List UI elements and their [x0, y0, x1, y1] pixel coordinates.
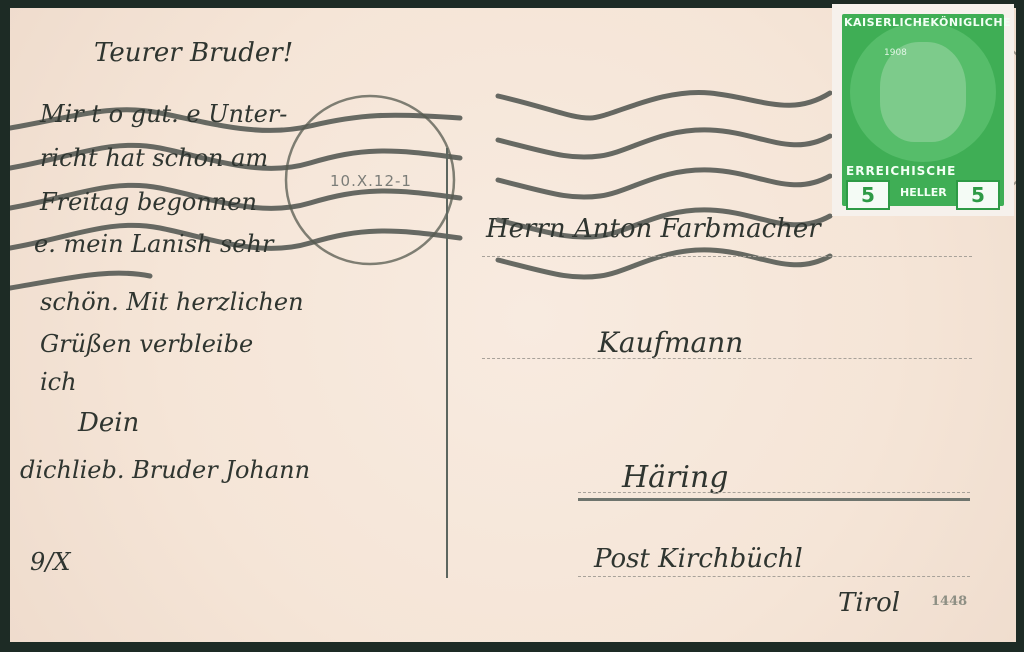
- stamp-top-text: KAISERLICHEKÖNIGLICHE: [844, 16, 1002, 29]
- stamp-value-left: 5: [846, 180, 890, 210]
- message-line: Freitag begonnen: [40, 188, 257, 216]
- message-line: richt hat schon am: [40, 144, 268, 172]
- postmark-date: 10.X.12-1: [330, 172, 412, 190]
- address-underline: [578, 498, 970, 501]
- message-line: schön. Mit herzlichen: [40, 288, 304, 316]
- stamp-year: 1908: [884, 48, 907, 58]
- address-line-3: [578, 492, 970, 493]
- stamp-face: KAISERLICHEKÖNIGLICHE 1908 ERREICHISCHE …: [842, 14, 1004, 206]
- date-note: 9/X: [30, 548, 70, 576]
- stamp-value-right: 5: [956, 180, 1000, 210]
- recipient-name: Herrn Anton Farbmacher: [486, 214, 821, 244]
- recipient-place: Häring: [622, 460, 729, 495]
- postcard: 10.X.12-1 Teurer Bruder! Mir t o gut. e …: [10, 8, 1016, 642]
- message-line: Mir t o gut. e Unter-: [40, 100, 287, 128]
- divider-line: [446, 148, 448, 578]
- address-line-4: [578, 576, 970, 577]
- postage-stamp: KAISERLICHEKÖNIGLICHE 1908 ERREICHISCHE …: [832, 4, 1014, 216]
- message-line: ich: [40, 368, 77, 396]
- recipient-region: Tirol: [838, 588, 900, 618]
- recipient-post: Post Kirchbüchl: [594, 544, 803, 574]
- recipient-occupation: Kaufmann: [598, 326, 743, 359]
- salutation: Teurer Bruder!: [94, 38, 293, 68]
- stamp-bottom-text: ERREICHISCHE: [846, 164, 956, 178]
- stamp-unit: HELLER: [900, 186, 947, 199]
- message-line: e. mein Lanish sehr: [34, 230, 273, 258]
- address-line-1: [482, 256, 972, 257]
- message-line: Grüßen verbleibe: [40, 330, 253, 358]
- print-number: 1448: [931, 594, 967, 609]
- message-line: Dein: [78, 408, 139, 438]
- signature-line: dichlieb. Bruder Johann: [20, 456, 310, 484]
- address-line-2: [482, 358, 972, 359]
